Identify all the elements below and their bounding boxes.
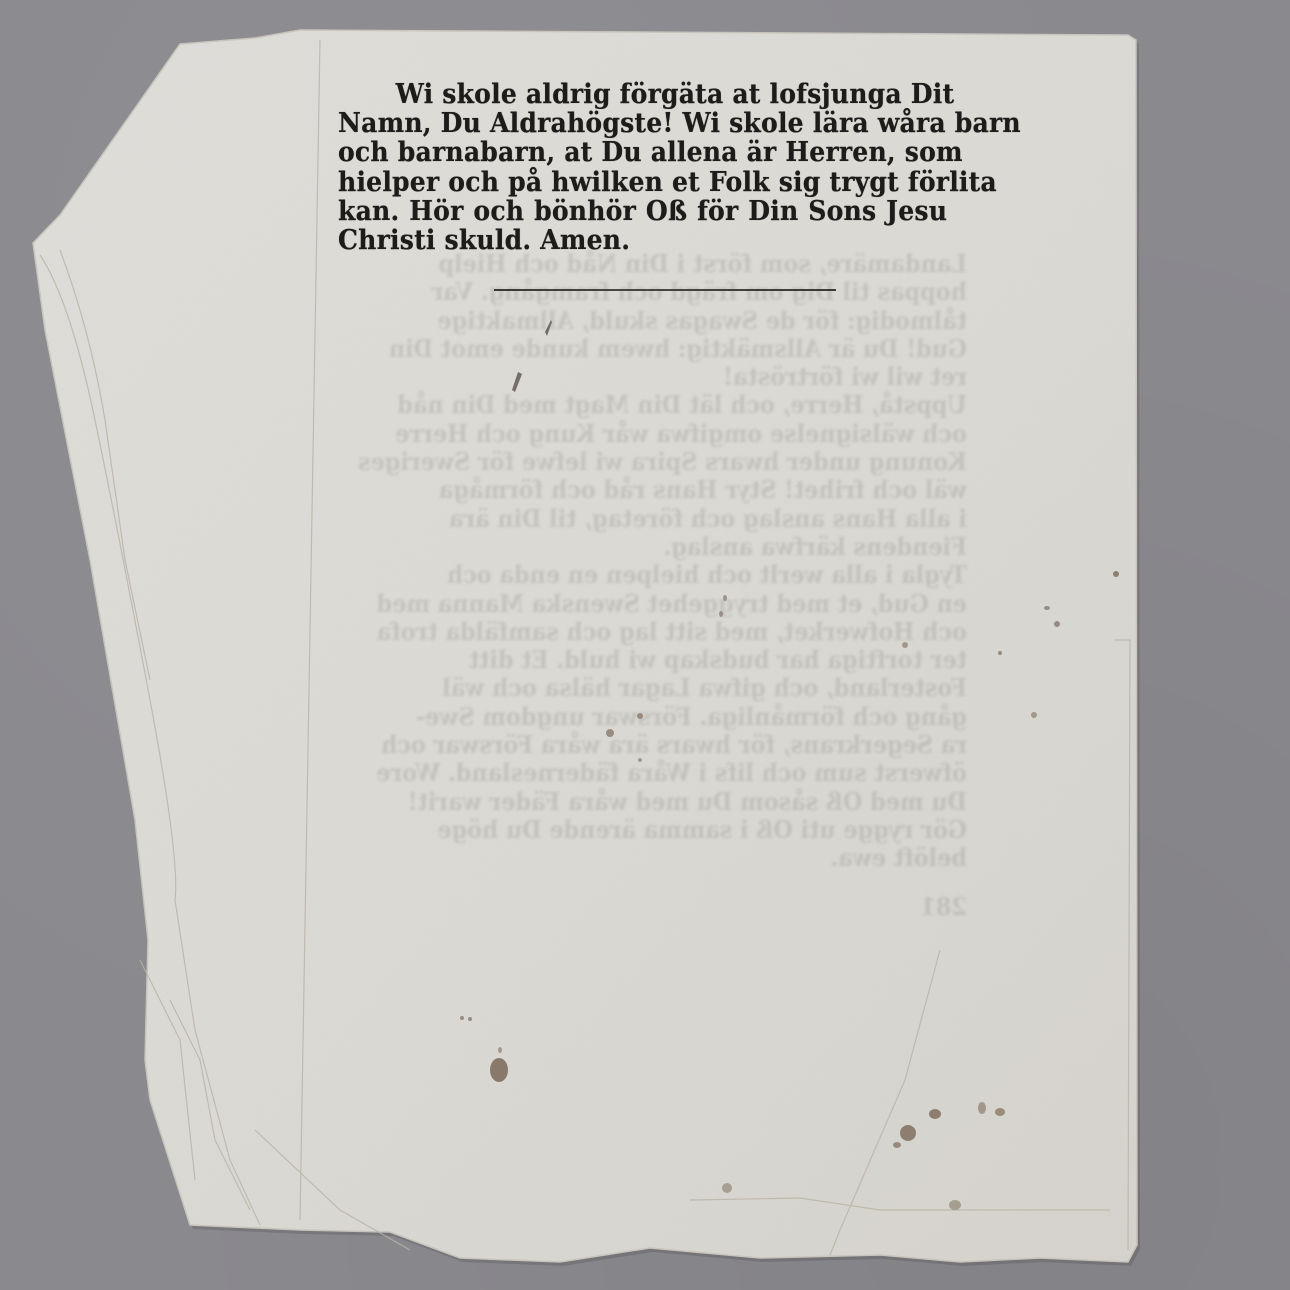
text-line: och barnabarn, at Du allena är Herren, s…	[338, 138, 947, 167]
bleed-line: Fosterland, och gifwa Lagar hälsa och wä…	[353, 674, 967, 702]
bleed-line: Konung under hwars Spira wi lefwe för Sw…	[353, 448, 967, 476]
text-line: Namn, Du Aldrahögste! Wi skole lära wåra…	[338, 109, 947, 138]
text-line: Christi skuld. Amen.	[338, 226, 947, 255]
bleed-line: Fiendens kärfwa anslag.	[353, 533, 967, 561]
bleed-line: hoppas til Dig om frägd och framgång. Va…	[353, 278, 967, 306]
bleed-line: öfwerst sum och lifs i Wåra fädernesland…	[353, 759, 967, 787]
bleed-line: Uppstå, Herre, och lät Din Magt med Din …	[353, 391, 967, 419]
text-line: kan. Hör och bönhör Oß för Din Sons Jesu	[338, 197, 947, 226]
bleed-line: 281	[353, 893, 967, 921]
bleed-line: tålmodig: för de Swagas skuld, Allmaktig…	[353, 307, 967, 335]
bleed-line: Du med Oß såsom Du med wåra Fäder warit!	[353, 788, 967, 816]
bleed-line: Tygla i alla werlt och hielpen en enda o…	[353, 561, 967, 589]
bleed-line: i alla Hans anslag och företag, til Din …	[353, 505, 967, 533]
text-line: Wi skole aldrig förgäta at lofsjunga Dit	[338, 80, 947, 109]
bleed-line: och wälsignelse omgifwa wår Kung och Her…	[353, 420, 967, 448]
bleed-line: Gör rygge uti Oß i samma ärende Du höge	[353, 816, 967, 844]
text-line: hielper och på hwilken et Folk sig trygt…	[338, 168, 947, 197]
bleed-line: en Gud, et med tryggehet Swenska Manna m…	[353, 590, 967, 618]
bleed-line: ra Segerkrans, för hwars ära wåra Förswa…	[353, 731, 967, 759]
bleed-line: och Hofwerket, med sitt lag och samfälda…	[353, 618, 967, 646]
bleed-line: gång och förmånliga. Förswar ungdom Swe-	[353, 703, 967, 731]
section-divider-rule	[494, 289, 836, 291]
bleed-line: ter torftiga har budskap wi huld. Et dit…	[353, 646, 967, 674]
printed-prayer-paragraph: Wi skole aldrig förgäta at lofsjunga Dit…	[338, 80, 947, 255]
bleed-line: wäl och frihet! Styr Hans råd och förmåg…	[353, 476, 967, 504]
bleed-line: Gud! Du är Allsmäktig: hwem kunde emot D…	[353, 335, 967, 363]
bleed-line: ret wil wi förtrösta!	[353, 363, 967, 391]
bleed-line: belöft ewa.	[353, 844, 967, 872]
bleed-through-text: Landamäre, som först i Din Nåd och Hielp…	[353, 250, 967, 921]
